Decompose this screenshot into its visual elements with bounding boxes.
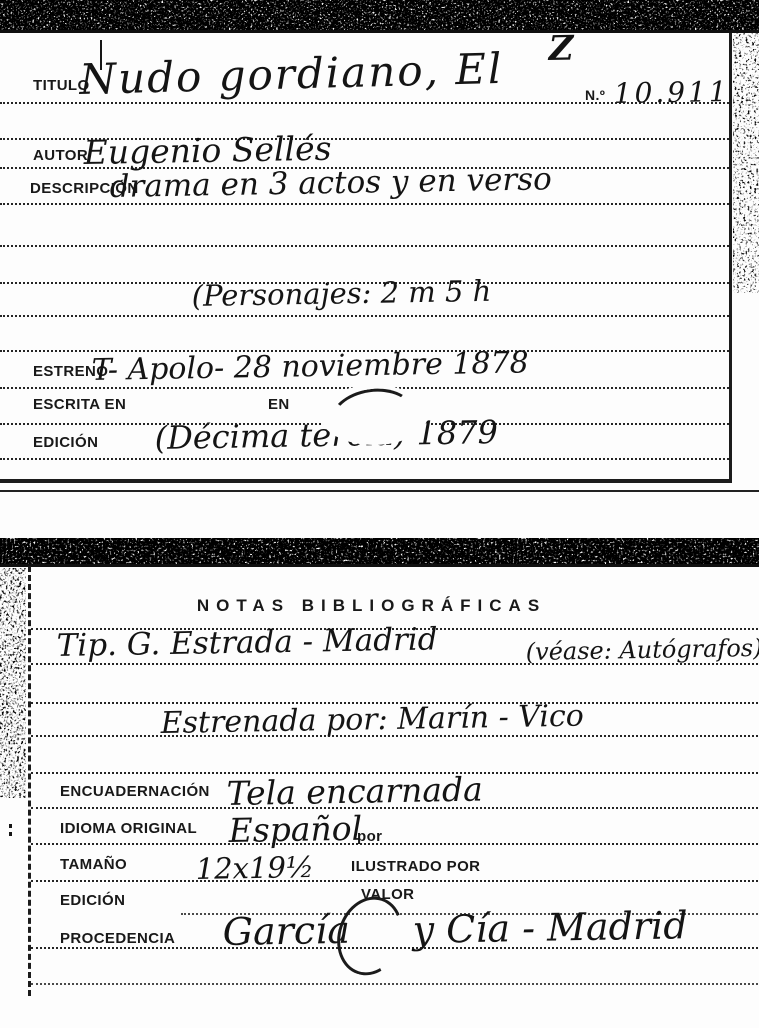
- estreno-handwritten-note: Estrenada por: Marín - Vico: [160, 699, 584, 741]
- autor-label: AUTOR: [33, 147, 88, 164]
- procedencia-label: PROCEDENCIA: [60, 930, 175, 947]
- escrita-en-label: ESCRITA EN: [33, 396, 126, 413]
- stray-mark: [9, 832, 12, 836]
- edicion-label: EDICIÓN: [33, 434, 98, 451]
- scan-noise-left-margin: [0, 568, 26, 798]
- numero-handwritten-value: 10.911: [613, 75, 730, 110]
- tamano-label: TAMAÑO: [60, 856, 127, 873]
- notas-bibliograficas-header: NOTAS BIBLIOGRÁFICAS: [31, 596, 712, 616]
- en-label: EN: [268, 396, 290, 413]
- procedencia-handwritten-part2: y Cía - Madrid: [412, 903, 688, 952]
- idioma-original-label: IDIOMA ORIGINAL: [60, 820, 197, 837]
- noise-texture: [733, 33, 759, 293]
- estreno-handwritten-value: T- Apolo- 28 noviembre 1878: [91, 345, 529, 388]
- noise-texture: [0, 538, 759, 564]
- stray-mark: [100, 40, 102, 70]
- titulo-handwritten-value: Nudo gordiano, El: [79, 44, 504, 104]
- catalog-card-notes: NOTAS BIBLIOGRÁFICAS ENCUADERNACIÓN IDIO…: [28, 566, 759, 996]
- ruled-line: [0, 245, 729, 247]
- reference-handwritten-note: (véase: Autógrafos): [526, 634, 759, 666]
- ruled-line: [0, 458, 729, 460]
- descripcion-handwritten-value: drama en 3 actos y en verso: [109, 161, 552, 205]
- encuadernacion-handwritten-value: Tela encarnada: [226, 770, 483, 813]
- printer-handwritten-note: Tip. G. Estrada - Madrid: [56, 621, 438, 664]
- handwritten-shelf-mark: Z: [548, 29, 574, 69]
- scan-noise-band-middle: [0, 538, 759, 567]
- scan-noise-band-top: [0, 0, 759, 33]
- procedencia-handwritten-part1: García: [222, 908, 350, 954]
- noise-texture: [0, 568, 26, 798]
- ruled-line: [0, 315, 729, 317]
- catalog-card-main: TITULO AUTOR DESCRIPCIÓN ESTRENO ESCRITA…: [0, 33, 732, 483]
- ruled-line: [31, 843, 759, 845]
- noise-texture: [0, 0, 759, 30]
- separator-line: [0, 490, 759, 492]
- stray-mark: [9, 824, 12, 828]
- idioma-handwritten-value: Español: [228, 809, 362, 850]
- encuadernacion-label: ENCUADERNACIÓN: [60, 783, 210, 800]
- ruled-line: [31, 880, 759, 882]
- scanned-catalog-card-page: TITULO AUTOR DESCRIPCIÓN ESTRENO ESCRITA…: [0, 0, 759, 1028]
- ruled-line: [31, 983, 759, 985]
- ilustrado-por-label: ILUSTRADO POR: [351, 858, 480, 875]
- scan-noise-right-margin: [733, 33, 759, 293]
- numero-label: N.º: [585, 87, 605, 103]
- edicion2-label: EDICIÓN: [60, 892, 125, 909]
- personajes-handwritten-note: (Personajes: 2 m 5 h: [191, 274, 491, 313]
- tamano-handwritten-value: 12x19½: [195, 850, 314, 886]
